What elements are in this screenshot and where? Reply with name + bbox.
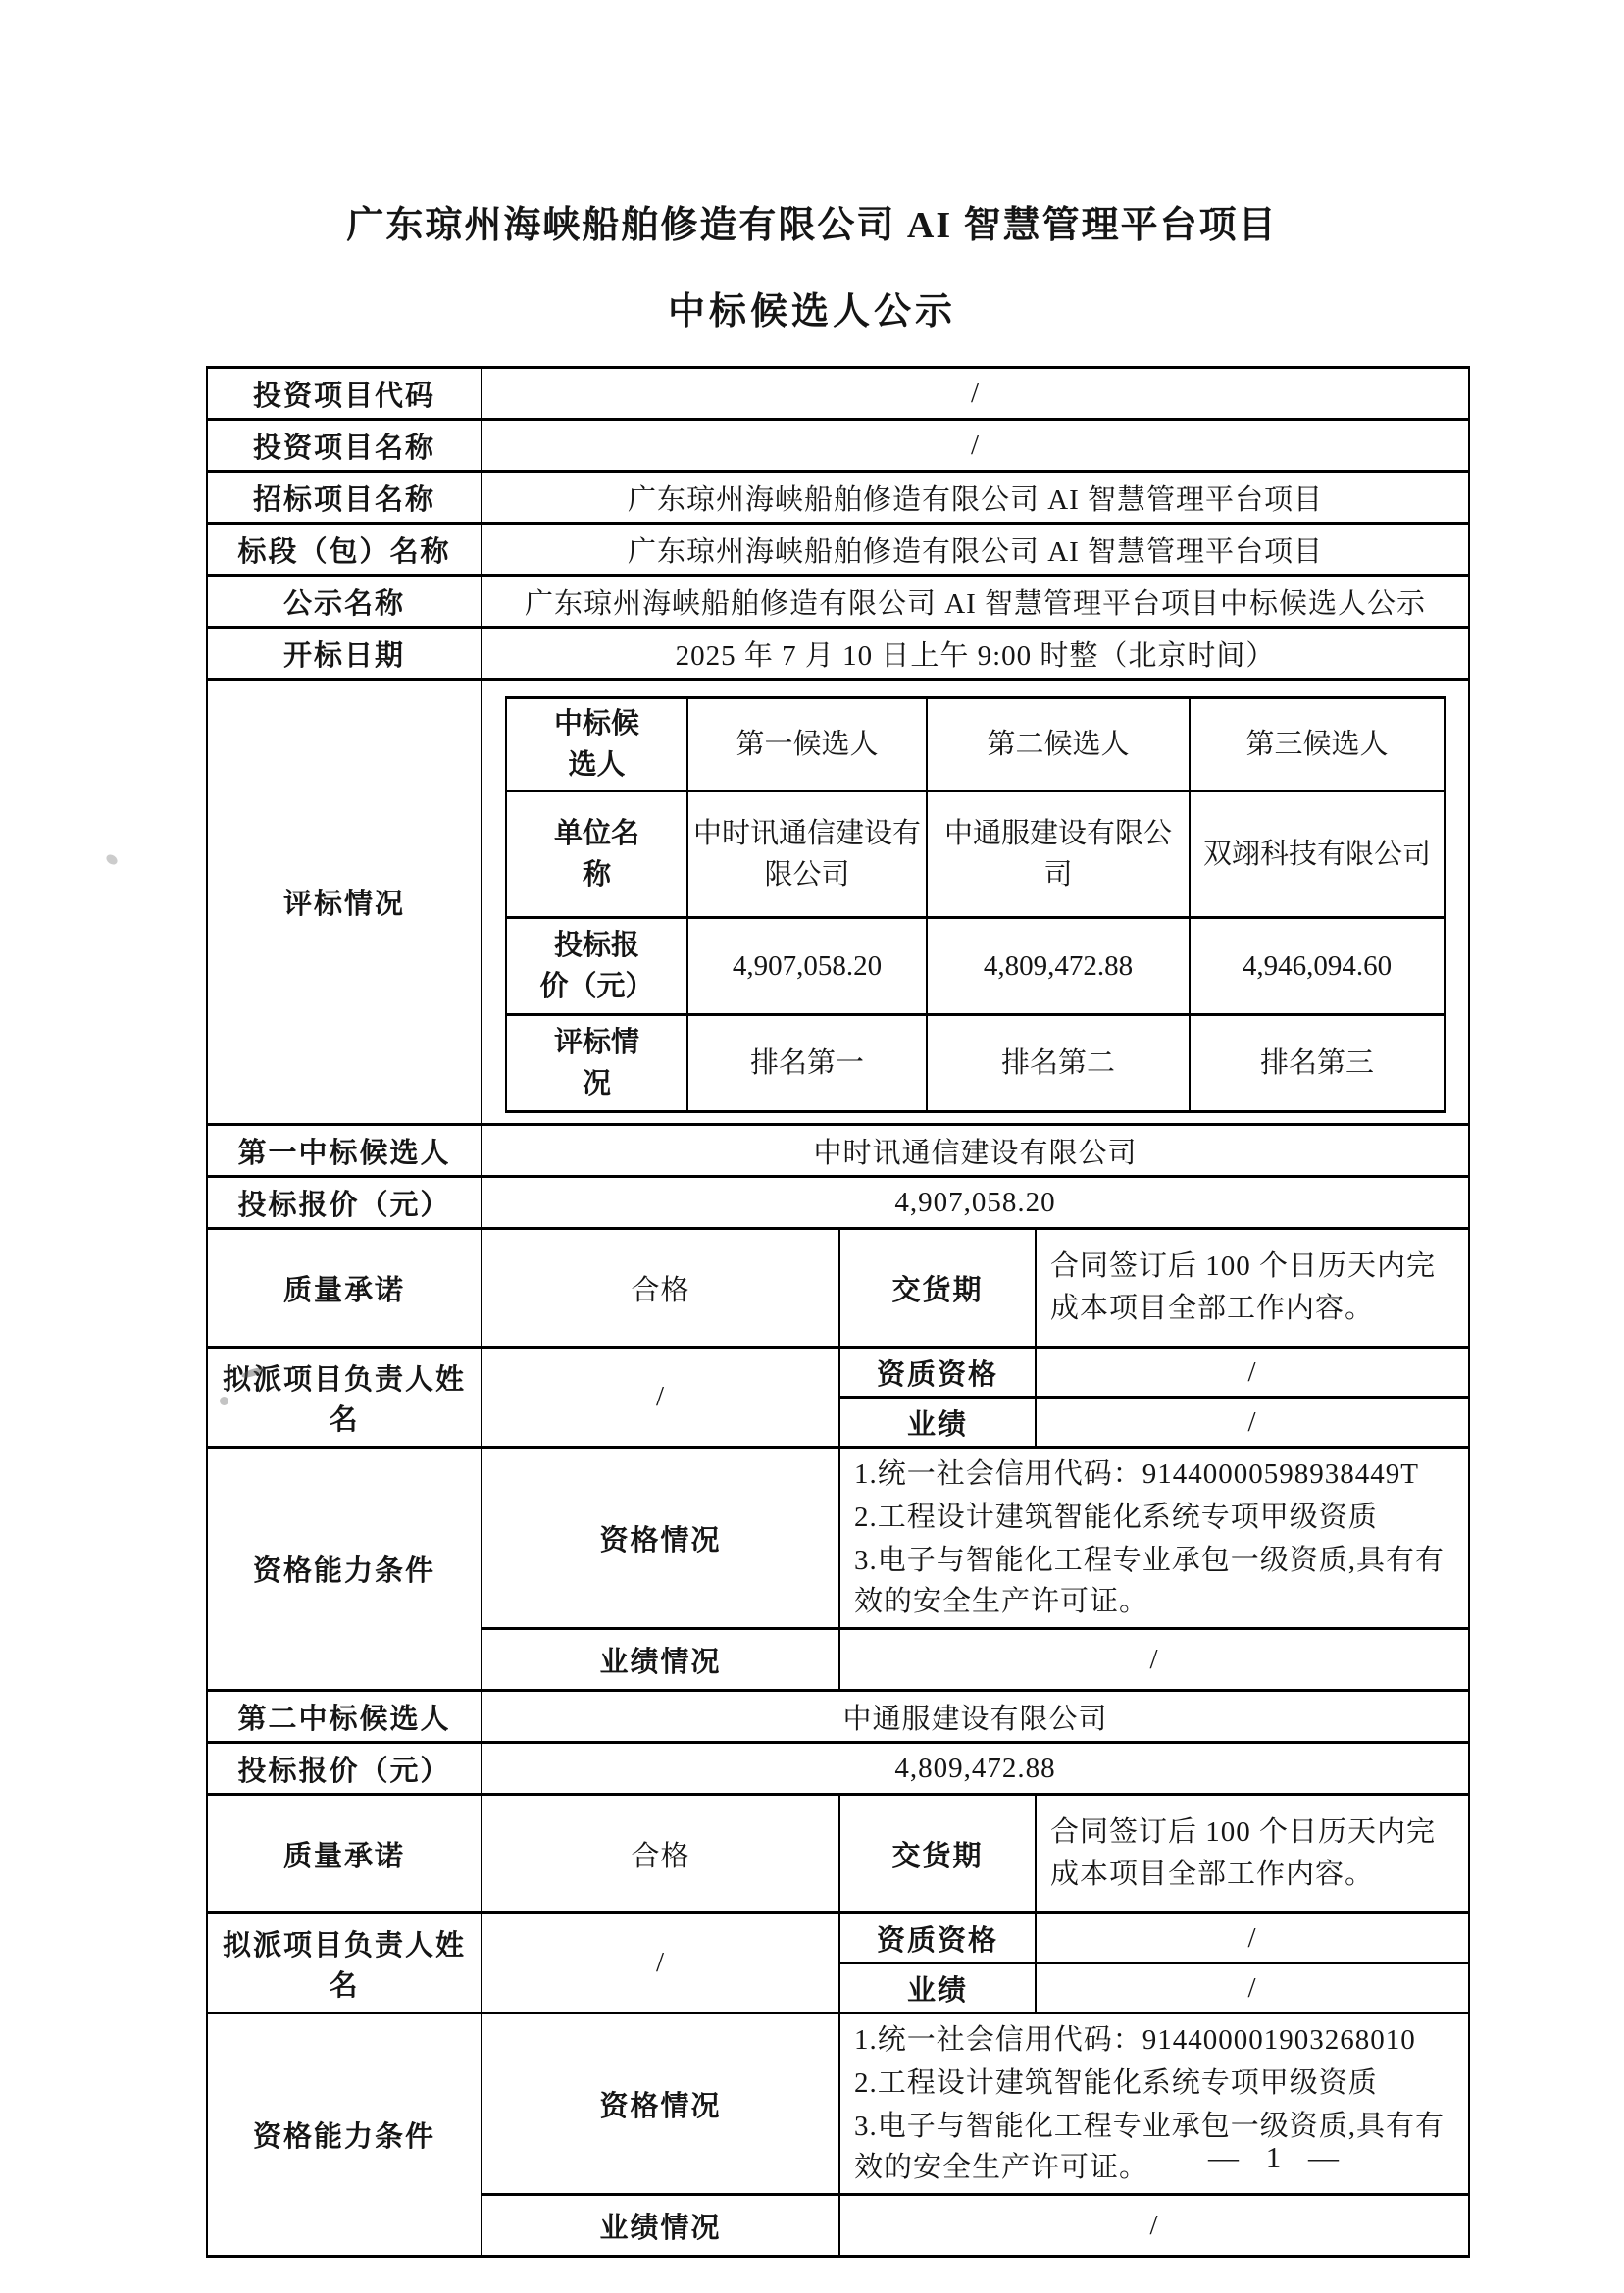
performance-label: 业绩 — [839, 1398, 1036, 1448]
ranking-cell: 排名第三 — [1190, 1015, 1445, 1112]
info-label: 公示名称 — [207, 576, 482, 628]
info-value: 广东琼州海峡船舶修造有限公司 AI 智慧管理平台项目 — [482, 524, 1469, 576]
announcement-table: 投资项目代码 / 投资项目名称 / 招标项目名称 广东琼州海峡船舶修造有限公司 … — [206, 366, 1470, 2258]
info-value: 广东琼州海峡船舶修造有限公司 AI 智慧管理平台项目 — [482, 472, 1469, 524]
ranking-cell: 排名第一 — [687, 1015, 927, 1112]
table-row: 资格能力条件 资格情况 1.统一社会信用代码：91440000598938449… — [207, 1448, 1469, 1629]
table-row: 开标日期 2025 年 7 月 10 日上午 9:00 时整（北京时间） — [207, 628, 1469, 680]
qualification-status-label: 资格情况 — [482, 2013, 839, 2195]
qualification-line: 2.工程设计建筑智能化系统专项甲级资质 — [854, 2063, 1454, 2104]
candidate-1-header: 第一候选人 — [687, 698, 927, 791]
quality-label: 质量承诺 — [207, 1795, 482, 1913]
qualification-line: 3.电子与智能化工程专业承包一级资质,具有有效的安全生产许可证。 — [854, 2106, 1454, 2188]
table-row: 中标候 选人 第一候选人 第二候选人 第三候选人 — [506, 698, 1445, 791]
performance-value: / — [1036, 1963, 1469, 2013]
performance-value: / — [1036, 1398, 1469, 1448]
evaluation-corner-label: 中标候 选人 — [506, 698, 687, 791]
scan-artifact — [105, 852, 120, 866]
bid-price-cell: 4,809,472.88 — [927, 918, 1190, 1015]
document-page: 广东琼州海峡船舶修造有限公司 AI 智慧管理平台项目 中标候选人公示 投资项目代… — [0, 0, 1624, 2293]
candidate-rank-label: 第一中标候选人 — [207, 1125, 482, 1177]
document-subtitle: 中标候选人公示 — [0, 287, 1624, 336]
table-row: 公示名称 广东琼州海峡船舶修造有限公司 AI 智慧管理平台项目中标候选人公示 — [207, 576, 1469, 628]
evaluation-row-label: 单位名 称 — [506, 791, 687, 918]
bid-price-label: 投标报价（元） — [207, 1743, 482, 1795]
table-row: 第一中标候选人 中时讯通信建设有限公司 — [207, 1125, 1469, 1177]
table-row: 招标项目名称 广东琼州海峡船舶修造有限公司 AI 智慧管理平台项目 — [207, 472, 1469, 524]
delivery-value: 合同签订后 100 个日历天内完成本项目全部工作内容。 — [1036, 1795, 1469, 1913]
company-name-cell: 双翊科技有限公司 — [1190, 791, 1445, 918]
performance-status-value: / — [839, 2195, 1469, 2257]
aptitude-label: 资质资格 — [839, 1913, 1036, 1963]
capability-label: 资格能力条件 — [207, 1448, 482, 1691]
table-row: 投资项目代码 / — [207, 368, 1469, 420]
info-value: 广东琼州海峡船舶修造有限公司 AI 智慧管理平台项目中标候选人公示 — [482, 576, 1469, 628]
bid-price-label: 投标报价（元） — [207, 1177, 482, 1229]
manager-value: / — [482, 1348, 839, 1448]
aptitude-label: 资质资格 — [839, 1348, 1036, 1398]
bid-price-value: 4,907,058.20 — [482, 1177, 1469, 1229]
capability-label: 资格能力条件 — [207, 2013, 482, 2257]
qualification-line: 1.统一社会信用代码：914400001903268010 — [854, 2019, 1454, 2061]
company-name-cell: 中通服建设有限公司 — [927, 791, 1190, 918]
evaluation-section-label: 评标情况 — [207, 680, 482, 1125]
evaluation-row-label: 投标报 价（元） — [506, 918, 687, 1015]
performance-status-label: 业绩情况 — [482, 2195, 839, 2257]
candidate-name: 中时讯通信建设有限公司 — [482, 1125, 1469, 1177]
table-row: 标段（包）名称 广东琼州海峡船舶修造有限公司 AI 智慧管理平台项目 — [207, 524, 1469, 576]
document-title: 广东琼州海峡船舶修造有限公司 AI 智慧管理平台项目 — [0, 201, 1624, 250]
info-value: 2025 年 7 月 10 日上午 9:00 时整（北京时间） — [482, 628, 1469, 680]
delivery-label: 交货期 — [839, 1795, 1036, 1913]
info-label: 开标日期 — [207, 628, 482, 680]
scan-artifact — [220, 1397, 228, 1405]
bid-price-value: 4,809,472.88 — [482, 1743, 1469, 1795]
manager-value: / — [482, 1913, 839, 2013]
candidate-2-header: 第二候选人 — [927, 698, 1190, 791]
performance-status-label: 业绩情况 — [482, 1629, 839, 1691]
delivery-label: 交货期 — [839, 1229, 1036, 1348]
page-number: — 1 — — [1208, 2140, 1348, 2175]
quality-label: 质量承诺 — [207, 1229, 482, 1348]
aptitude-value: / — [1036, 1913, 1469, 1963]
info-label: 招标项目名称 — [207, 472, 482, 524]
evaluation-section-content: 中标候 选人 第一候选人 第二候选人 第三候选人 单位名 称 中时讯通信建设有限… — [482, 680, 1469, 1125]
ranking-cell: 排名第二 — [927, 1015, 1190, 1112]
candidate-name: 中通服建设有限公司 — [482, 1691, 1469, 1743]
qualification-line: 3.电子与智能化工程专业承包一级资质,具有有效的安全生产许可证。 — [854, 1540, 1454, 1622]
company-name-cell: 中时讯通信建设有限公司 — [687, 791, 927, 918]
table-row: 第二中标候选人 中通服建设有限公司 — [207, 1691, 1469, 1743]
manager-label: 拟派项目负责人姓名 — [207, 1348, 482, 1448]
delivery-value: 合同签订后 100 个日历天内完成本项目全部工作内容。 — [1036, 1229, 1469, 1348]
aptitude-value: / — [1036, 1348, 1469, 1398]
quality-value: 合格 — [482, 1229, 839, 1348]
info-value: / — [482, 420, 1469, 472]
table-row: 投标报 价（元） 4,907,058.20 4,809,472.88 4,946… — [506, 918, 1445, 1015]
info-label: 投资项目代码 — [207, 368, 482, 420]
table-row: 投标报价（元） 4,907,058.20 — [207, 1177, 1469, 1229]
table-row: 投资项目名称 / — [207, 420, 1469, 472]
qualification-line: 1.统一社会信用代码：91440000598938449T — [854, 1453, 1454, 1495]
info-label: 标段（包）名称 — [207, 524, 482, 576]
qualification-status-content: 1.统一社会信用代码：914400001903268010 2.工程设计建筑智能… — [839, 2013, 1469, 2195]
table-row: 投标报价（元） 4,809,472.88 — [207, 1743, 1469, 1795]
qualification-status-label: 资格情况 — [482, 1448, 839, 1629]
evaluation-section-row: 评标情况 中标候 选人 第一候选人 第二候选人 第三候选人 — [207, 680, 1469, 1125]
candidate-rank-label: 第二中标候选人 — [207, 1691, 482, 1743]
evaluation-table: 中标候 选人 第一候选人 第二候选人 第三候选人 单位名 称 中时讯通信建设有限… — [505, 696, 1446, 1113]
bid-price-cell: 4,907,058.20 — [687, 918, 927, 1015]
quality-value: 合格 — [482, 1795, 839, 1913]
bid-price-cell: 4,946,094.60 — [1190, 918, 1445, 1015]
performance-status-value: / — [839, 1629, 1469, 1691]
performance-label: 业绩 — [839, 1963, 1036, 2013]
manager-label: 拟派项目负责人姓名 — [207, 1913, 482, 2013]
table-row: 质量承诺 合格 交货期 合同签订后 100 个日历天内完成本项目全部工作内容。 — [207, 1795, 1469, 1913]
info-label: 投资项目名称 — [207, 420, 482, 472]
info-value: / — [482, 368, 1469, 420]
qualification-status-content: 1.统一社会信用代码：91440000598938449T 2.工程设计建筑智能… — [839, 1448, 1469, 1629]
table-row: 单位名 称 中时讯通信建设有限公司 中通服建设有限公司 双翊科技有限公司 — [506, 791, 1445, 918]
table-row: 拟派项目负责人姓名 / 资质资格 / — [207, 1913, 1469, 1963]
table-row: 拟派项目负责人姓名 / 资质资格 / — [207, 1348, 1469, 1398]
qualification-line: 2.工程设计建筑智能化系统专项甲级资质 — [854, 1497, 1454, 1538]
table-row: 评标情 况 排名第一 排名第二 排名第三 — [506, 1015, 1445, 1112]
table-row: 质量承诺 合格 交货期 合同签订后 100 个日历天内完成本项目全部工作内容。 — [207, 1229, 1469, 1348]
candidate-3-header: 第三候选人 — [1190, 698, 1445, 791]
evaluation-row-label: 评标情 况 — [506, 1015, 687, 1112]
